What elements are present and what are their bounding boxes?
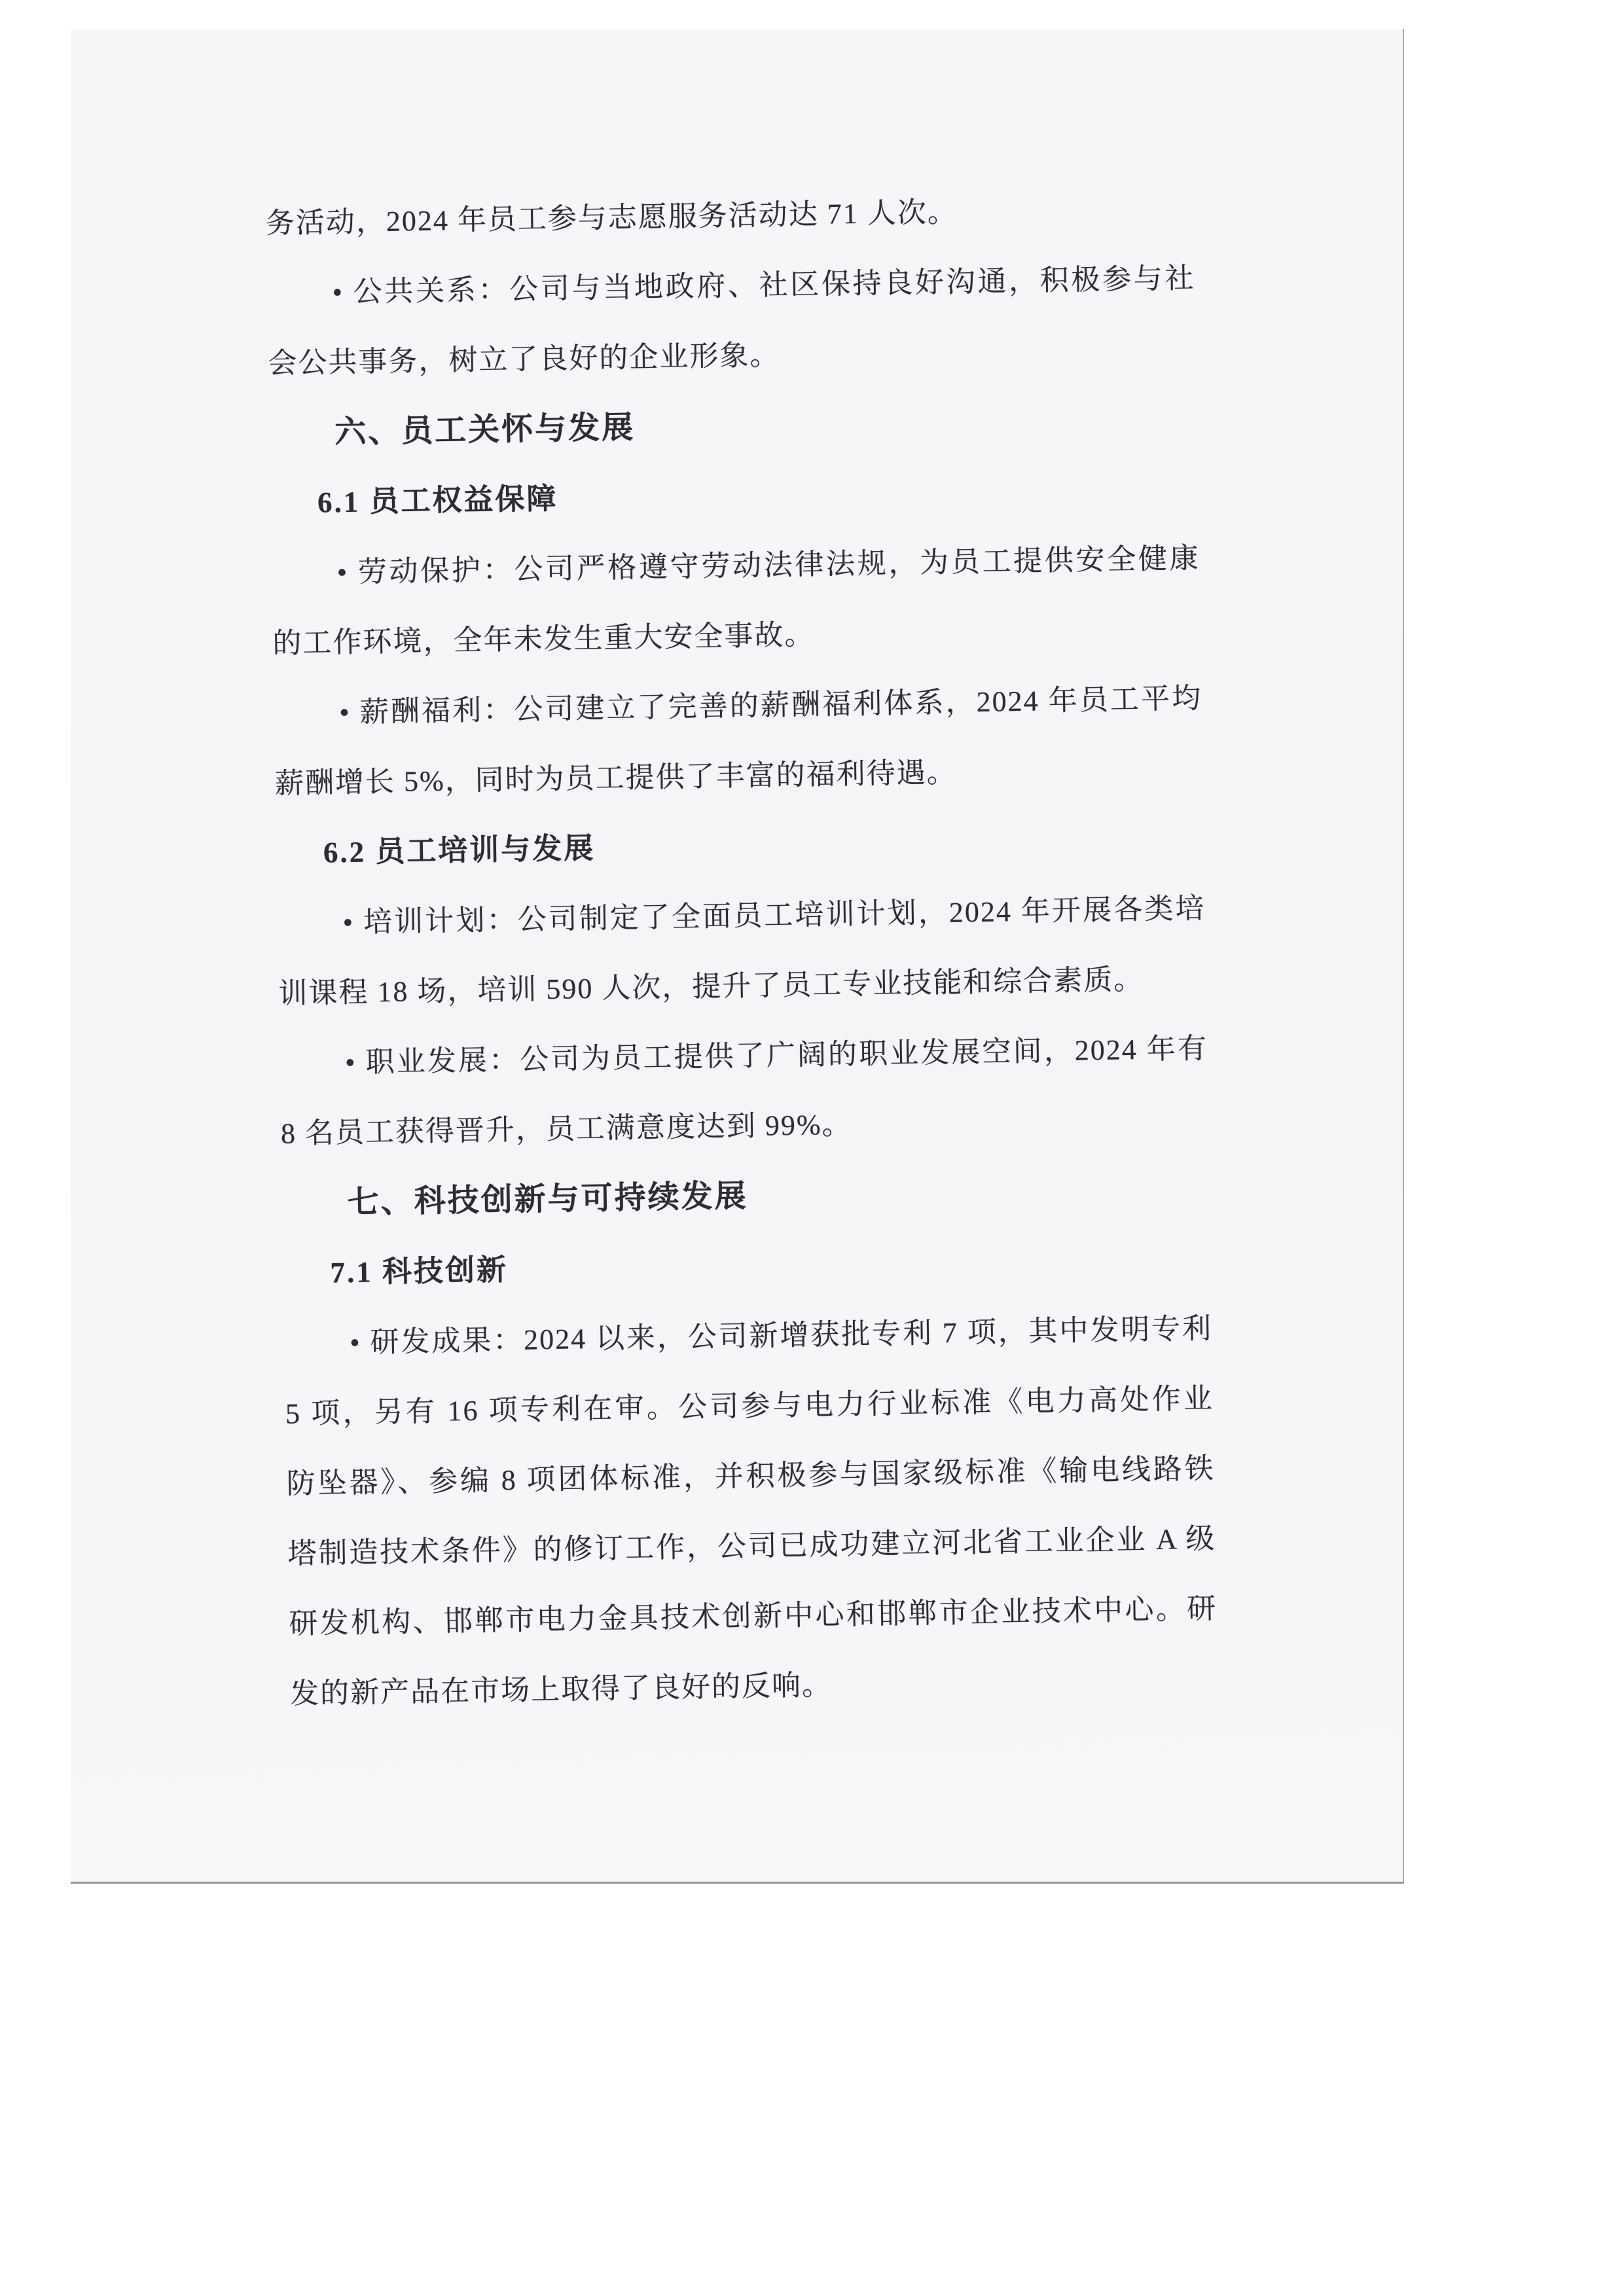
- pdf-page: 务活动，2024 年员工参与志愿服务活动达 71 人次。 • 公共关系：公司与当…: [0, 0, 1624, 2296]
- scanned-paper: 务活动，2024 年员工参与志愿服务活动达 71 人次。 • 公共关系：公司与当…: [71, 29, 1404, 1884]
- document-text: 务活动，2024 年员工参与志愿服务活动达 71 人次。 • 公共关系：公司与当…: [265, 173, 1219, 1729]
- text-line: 发的新产品在市场上取得了良好的反响。: [289, 1643, 1219, 1729]
